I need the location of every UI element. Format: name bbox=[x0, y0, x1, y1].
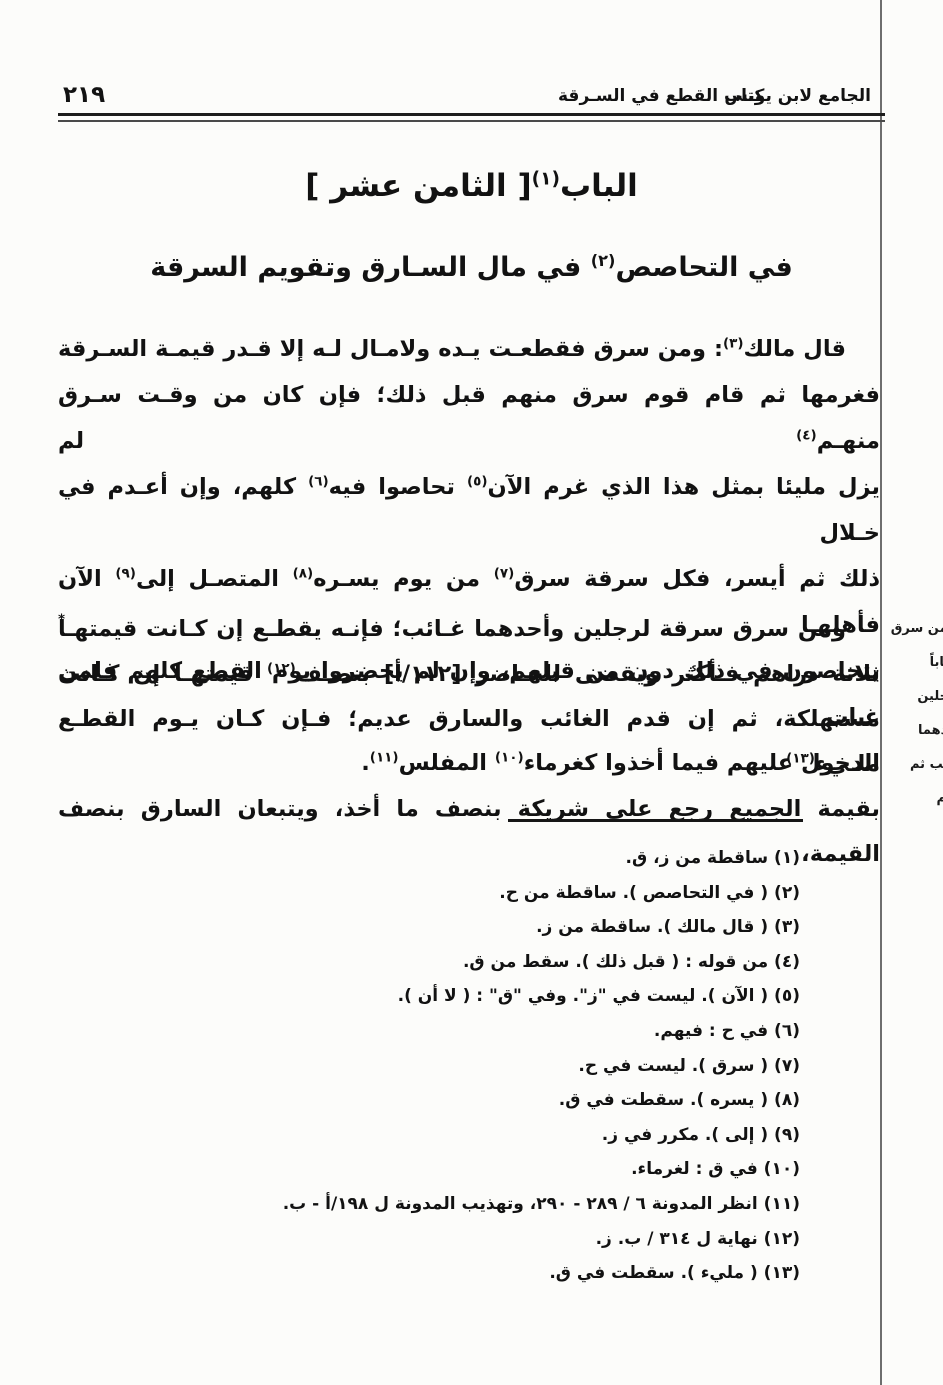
body-line: ومن سرق سرقة لرجلين وأحدهما غـائب؛ فإنـه… bbox=[58, 607, 880, 652]
footnote-item: (١) ساقطة من ز، ق. bbox=[240, 841, 800, 876]
footnote-item: (٤) من قوله : ( قبل ذلك ). سقط من ق. bbox=[240, 945, 800, 980]
body-line: يزل مليئا بمثل هذا الذي غرم الآن(٥) تحاص… bbox=[58, 464, 880, 556]
page-header: ٢١٩ كتاب القطع في السـرقة الجامع لابن يو… bbox=[58, 82, 885, 112]
header-rule bbox=[58, 113, 885, 122]
footnote-item: (١٠) في ق : لغرماء. bbox=[240, 1152, 800, 1187]
scanned-book-page: ٢١٩ كتاب القطع في السـرقة الجامع لابن يو… bbox=[0, 0, 943, 1385]
footnote-item: (١٢) نهاية ل ٣١٤ / ب. ز. bbox=[240, 1222, 800, 1257]
chapter-title: الباب(١)[ الثامن عشر ] bbox=[58, 168, 885, 204]
footnote-item: (٧) ( سرق ). ليست في ح. bbox=[240, 1049, 800, 1084]
footnote-item: (٢) ( في التحاصص ). ساقطة من ح. bbox=[240, 876, 800, 911]
footnote-item: (٦) في ح : فيهم. bbox=[240, 1014, 800, 1049]
margin-note-line: لرجلين أحدهما bbox=[884, 680, 943, 748]
paragraph-2: ومن سرق سرقة لرجلين وأحدهما غـائب؛ فإنـه… bbox=[58, 607, 880, 877]
margin-note-line: غائب ثم قدم bbox=[884, 748, 943, 816]
footnote-item: (٨) ( يسره ). سقطت في ق. bbox=[240, 1083, 800, 1118]
margin-note-line: فيمن سرق نصاباً bbox=[884, 612, 943, 680]
footnote-item: (٥) ( الآن ). ليست في "ز". وفي "ق" : ( ل… bbox=[240, 979, 800, 1014]
margin-note: فيمن سرق نصاباً لرجلين أحدهما غائب ثم قد… bbox=[884, 612, 943, 816]
body-line: مستهلكة، ثم إن قدم الغائب والسارق عديم؛ … bbox=[58, 697, 880, 787]
footnote-item: (٣) ( قال مالك ). ساقطة من ز. bbox=[240, 910, 800, 945]
page-number: ٢١٩ bbox=[63, 82, 105, 108]
body-line: فغرمها ثم قام قوم سرق منهم قبل ذلك؛ فإن … bbox=[58, 372, 880, 464]
footnote-item: (١١) انظر المدونة ٦ / ٢٨٩ - ٢٩٠، وتهذيب … bbox=[240, 1187, 800, 1222]
chapter-subtitle: في التحاصص(٢) في مال السـارق وتقويم السر… bbox=[58, 252, 885, 283]
body-line: قال مالك(٣): ومن سرق فقطعـت يـده ولامـال… bbox=[58, 326, 880, 372]
running-title-author: الجامع لابن يونس bbox=[724, 86, 871, 106]
footnote-item: (٩) ( إلى ). مكرر في ز. bbox=[240, 1118, 800, 1153]
body-line: ثلاثة دراهم فـأكثر ويقضى للحـاضر [١١٢/أ]… bbox=[58, 652, 880, 697]
page-fold-line bbox=[880, 0, 882, 1385]
footnote-item: (١٣) ( مليء ). سقطت في ق. bbox=[240, 1256, 800, 1291]
footnotes: (١) ساقطة من ز، ق. (٢) ( في التحاصص ). س… bbox=[240, 841, 800, 1291]
footnote-separator bbox=[508, 819, 803, 822]
